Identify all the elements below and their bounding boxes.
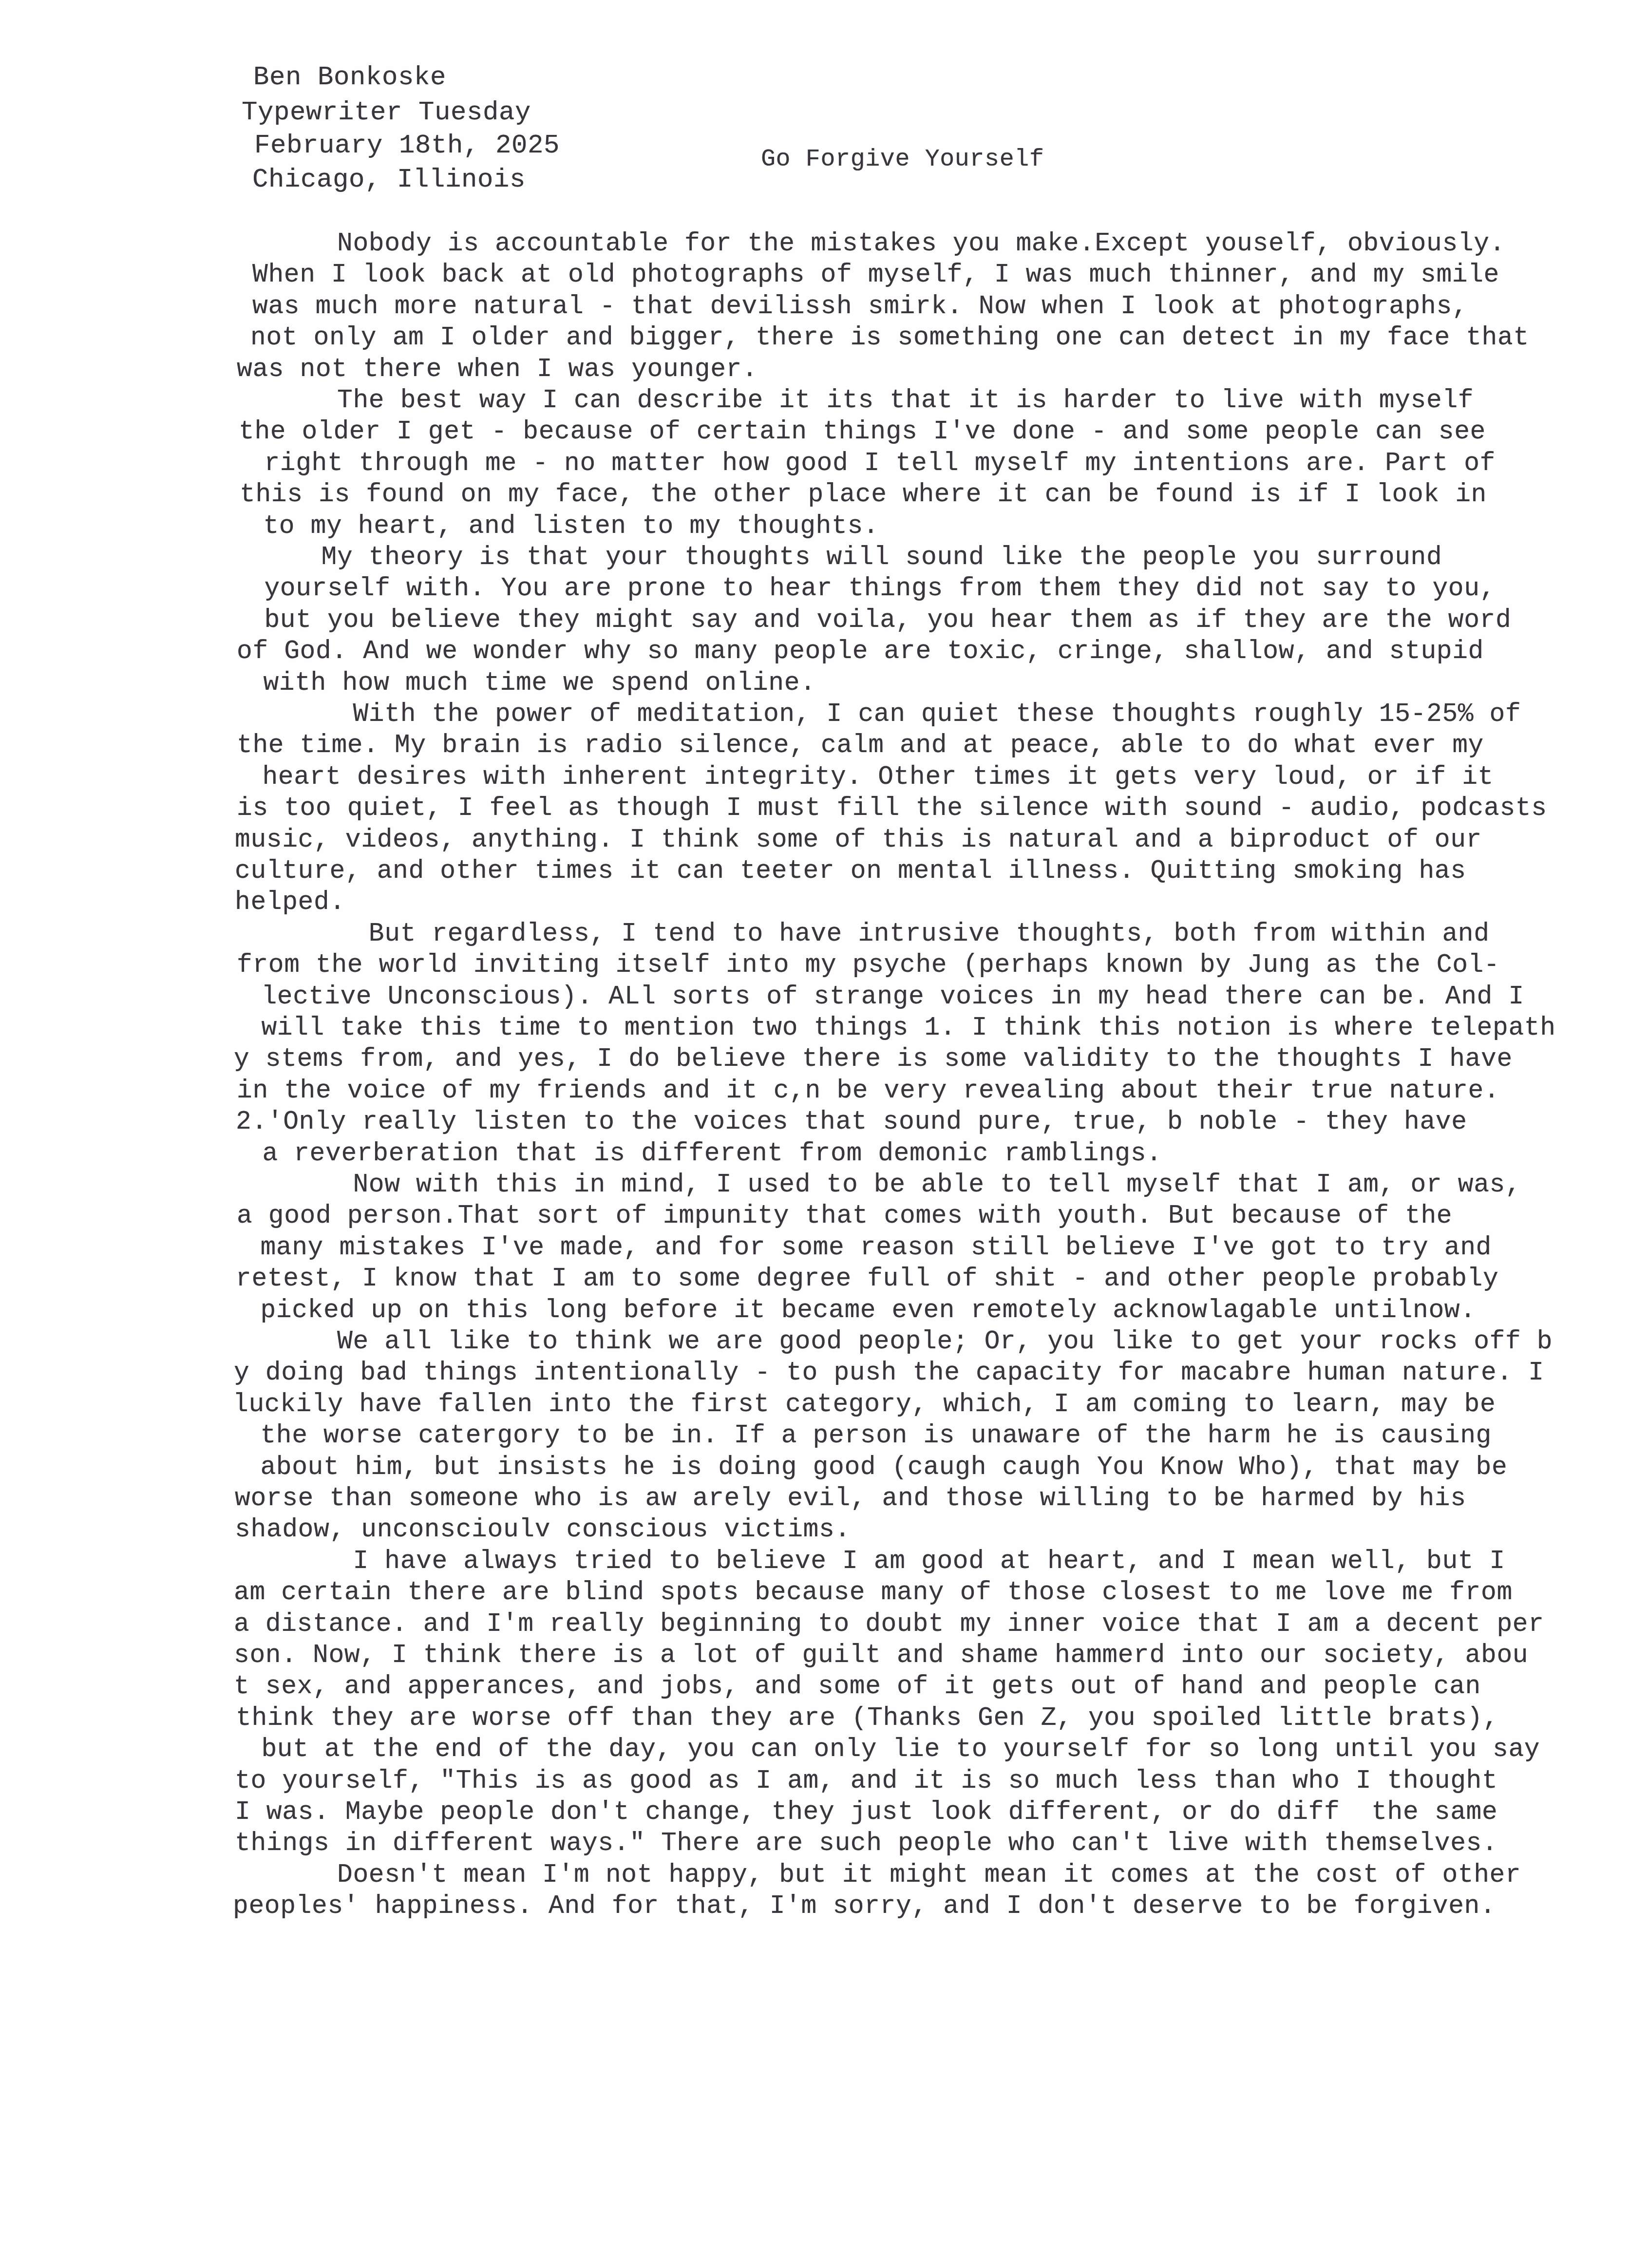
text-line: luckily have fallen into the first categ… (233, 1389, 1496, 1420)
text-line: My theory is that your thoughts will sou… (258, 542, 1442, 573)
text-line: to my heart, and listen to my thoughts. (247, 510, 879, 542)
text-line: The best way I can describe it its that … (258, 385, 1474, 416)
location: Chicago, Illinois (252, 165, 526, 196)
typewritten-page: Ben Bonkoske Typewriter Tuesday February… (0, 0, 1629, 2268)
text-line: the time. My brain is radio silence, cal… (237, 730, 1484, 761)
date: February 18th, 2025 (254, 131, 560, 162)
text-line: of God. And we wonder why so many people… (237, 636, 1484, 667)
text-line: the older I get - because of certain thi… (239, 416, 1486, 447)
text-line: is too quiet, I feel as though I must fi… (237, 793, 1547, 824)
text-line: I was. Maybe people don't change, they j… (235, 1796, 1497, 1828)
author-name: Ben Bonkoske (253, 62, 446, 94)
text-line: Doesn't mean I'm not happy, but it might… (258, 1859, 1521, 1890)
text-line: culture, and other times it can teeter o… (235, 855, 1466, 887)
text-line: about him, but insists he is doing good … (245, 1452, 1507, 1483)
text-line: worse than someone who is aw arely evil,… (235, 1483, 1466, 1514)
text-line: to yourself, "This is as good as I am, a… (235, 1765, 1497, 1796)
text-line: a good person.That sort of impunity that… (237, 1200, 1452, 1231)
text-line: music, videos, anything. I think some of… (235, 824, 1482, 855)
text-line: But regardless, I tend to have intrusive… (258, 918, 1490, 949)
text-line: many mistakes I've made, and for some re… (245, 1232, 1492, 1263)
text-line: Now with this in mind, I used to be able… (258, 1169, 1521, 1200)
text-line: retest, I know that I am to some degree … (236, 1263, 1498, 1294)
text-line: lective Unconscious). ALl sorts of stran… (246, 981, 1524, 1012)
text-line: a reverberation that is different from d… (246, 1138, 1162, 1169)
text-line: son. Now, I think there is a lot of guil… (234, 1640, 1528, 1671)
text-line: things in different ways." There are suc… (235, 1828, 1497, 1859)
text-line: think they are worse off than they are (… (236, 1702, 1498, 1734)
page-title: Go Forgive Yourself (761, 144, 1044, 175)
text-line: shadow, unconscioulv conscious victims. (235, 1514, 851, 1545)
text-line: will take this time to mention two thing… (246, 1012, 1556, 1043)
text-line: yourself with. You are prone to hear thi… (248, 573, 1496, 604)
text-line: from the world inviting itself into my p… (237, 949, 1499, 981)
text-line: but at the end of the day, you can only … (246, 1734, 1540, 1765)
text-line: the worse catergory to be in. If a perso… (245, 1420, 1492, 1451)
text-line: this is found on my face, the other plac… (240, 479, 1487, 510)
text-line: helped. (235, 887, 345, 918)
text-line: not only am I older and bigger, there is… (250, 322, 1529, 353)
text-line: in the voice of my friends and it c,n be… (237, 1075, 1499, 1106)
text-line: I have always tried to believe I am good… (258, 1546, 1505, 1577)
text-line: heart desires with inherent integrity. O… (246, 761, 1494, 793)
text-line: picked up on this long before it became … (245, 1295, 1476, 1326)
text-line: t sex, and apperances, and jobs, and som… (234, 1671, 1481, 1702)
text-line: was much more natural - that devilissh s… (252, 291, 1468, 322)
text-line: a distance. and I'm really beginning to … (234, 1608, 1544, 1640)
text-line: was not there when I was younger. (237, 354, 758, 385)
series-name: Typewriter Tuesday (242, 97, 531, 129)
text-line: right through me - no matter how good I … (248, 448, 1496, 479)
text-line: When I look back at old photographs of m… (252, 259, 1499, 290)
text-line: We all like to think we are good people;… (258, 1326, 1553, 1357)
text-line: Nobody is accountable for the mistakes y… (258, 228, 1505, 259)
text-line: 2.'Only really listen to the voices that… (236, 1106, 1467, 1137)
text-line: y stems from, and yes, I do believe ther… (234, 1043, 1513, 1075)
text-line: y doing bad things intentionally - to pu… (234, 1357, 1544, 1388)
text-line: With the power of meditation, I can quie… (258, 699, 1521, 730)
text-line: with how much time we spend online. (247, 667, 816, 699)
text-line: peoples' happiness. And for that, I'm so… (233, 1890, 1496, 1922)
text-line: am certain there are blind spots because… (234, 1577, 1513, 1608)
text-line: but you believe they might say and voila… (248, 605, 1511, 636)
